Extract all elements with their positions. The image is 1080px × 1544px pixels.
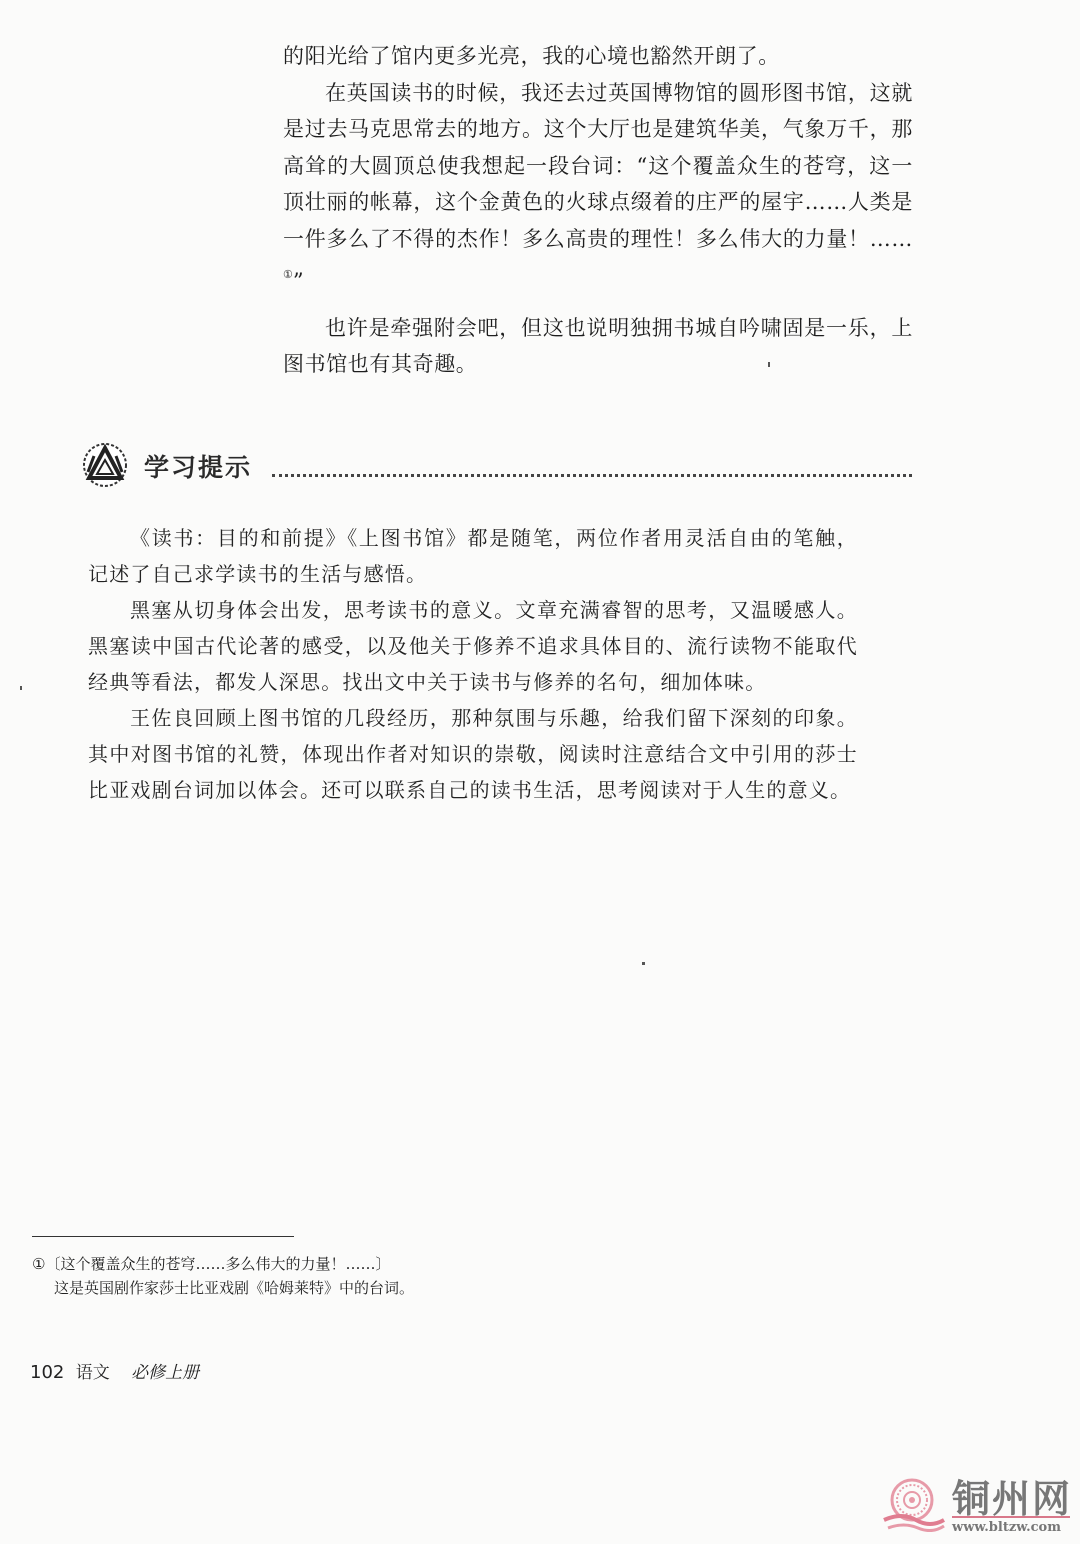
main-paragraph-2: 在英国读书的时候，我还去过英国博物馆的圆形图书馆，这就是过去马克思常去的地方。这… <box>283 75 913 300</box>
footnote-label: ①〔这个覆盖众生的苍穹……多么伟大的力量！……〕 <box>32 1252 414 1276</box>
tips-paragraph-1: 《读书：目的和前提》《上图书馆》都是随笔，两位作者用灵活自由的笔触，记述了自己求… <box>88 520 858 592</box>
book-title: 语文 <box>76 1363 110 1383</box>
tips-paragraph-2: 黑塞从切身体会出发，思考读书的意义。文章充满睿智的思考，又温暖感人。黑塞读中国古… <box>88 592 858 700</box>
footnote: ①〔这个覆盖众生的苍穹……多么伟大的力量！……〕 这是英国剧作家莎士比亚戏剧《哈… <box>32 1252 414 1300</box>
main-paragraph-2-text: 在英国读书的时候，我还去过英国博物馆的圆形图书馆，这就是过去马克思常去的地方。这… <box>283 81 913 251</box>
footnote-body: 这是英国剧作家莎士比亚戏剧《哈姆莱特》中的台词。 <box>32 1276 414 1300</box>
footnote-marker[interactable]: ① <box>283 268 293 281</box>
dotted-leader <box>272 474 912 477</box>
footnote-divider <box>32 1236 294 1237</box>
watermark-name: 铜州网 <box>952 1468 1072 1523</box>
study-tips-body: 《读书：目的和前提》《上图书馆》都是随笔，两位作者用灵活自由的笔触，记述了自己求… <box>88 520 858 808</box>
main-paragraph-1: 的阳光给了馆内更多光亮，我的心境也豁然开朗了。 <box>283 38 913 75</box>
page-footer: 102 语文 必修上册 <box>30 1358 199 1383</box>
study-tips-header: 学习提示 <box>82 442 912 488</box>
study-tips-title: 学习提示 <box>144 448 252 484</box>
quote-close: ” <box>293 269 304 293</box>
watermark-url: www.bltzw.com <box>952 1520 1061 1535</box>
page-number: 102 <box>30 1362 64 1383</box>
tips-paragraph-3: 王佐良回顾上图书馆的几段经历，那种氛围与乐趣，给我们留下深刻的印象。其中对图书馆… <box>88 700 858 808</box>
watermark-rule <box>952 1516 1070 1518</box>
watermark: 铜州网 www.bltzw.com <box>882 1468 1072 1538</box>
scan-speck <box>20 686 22 690</box>
scan-speck <box>642 962 645 965</box>
scan-speck <box>768 362 770 367</box>
main-text: 的阳光给了馆内更多光亮，我的心境也豁然开朗了。 在英国读书的时候，我还去过英国博… <box>283 38 913 383</box>
main-paragraph-3: 也许是牵强附会吧，但这也说明独拥书城自吟啸固是一乐，上图书馆也有其奇趣。 <box>283 310 913 383</box>
study-tips-emblem-icon <box>82 442 128 488</box>
book-subtitle: 必修上册 <box>131 1363 199 1383</box>
watermark-logo-icon <box>882 1478 946 1532</box>
